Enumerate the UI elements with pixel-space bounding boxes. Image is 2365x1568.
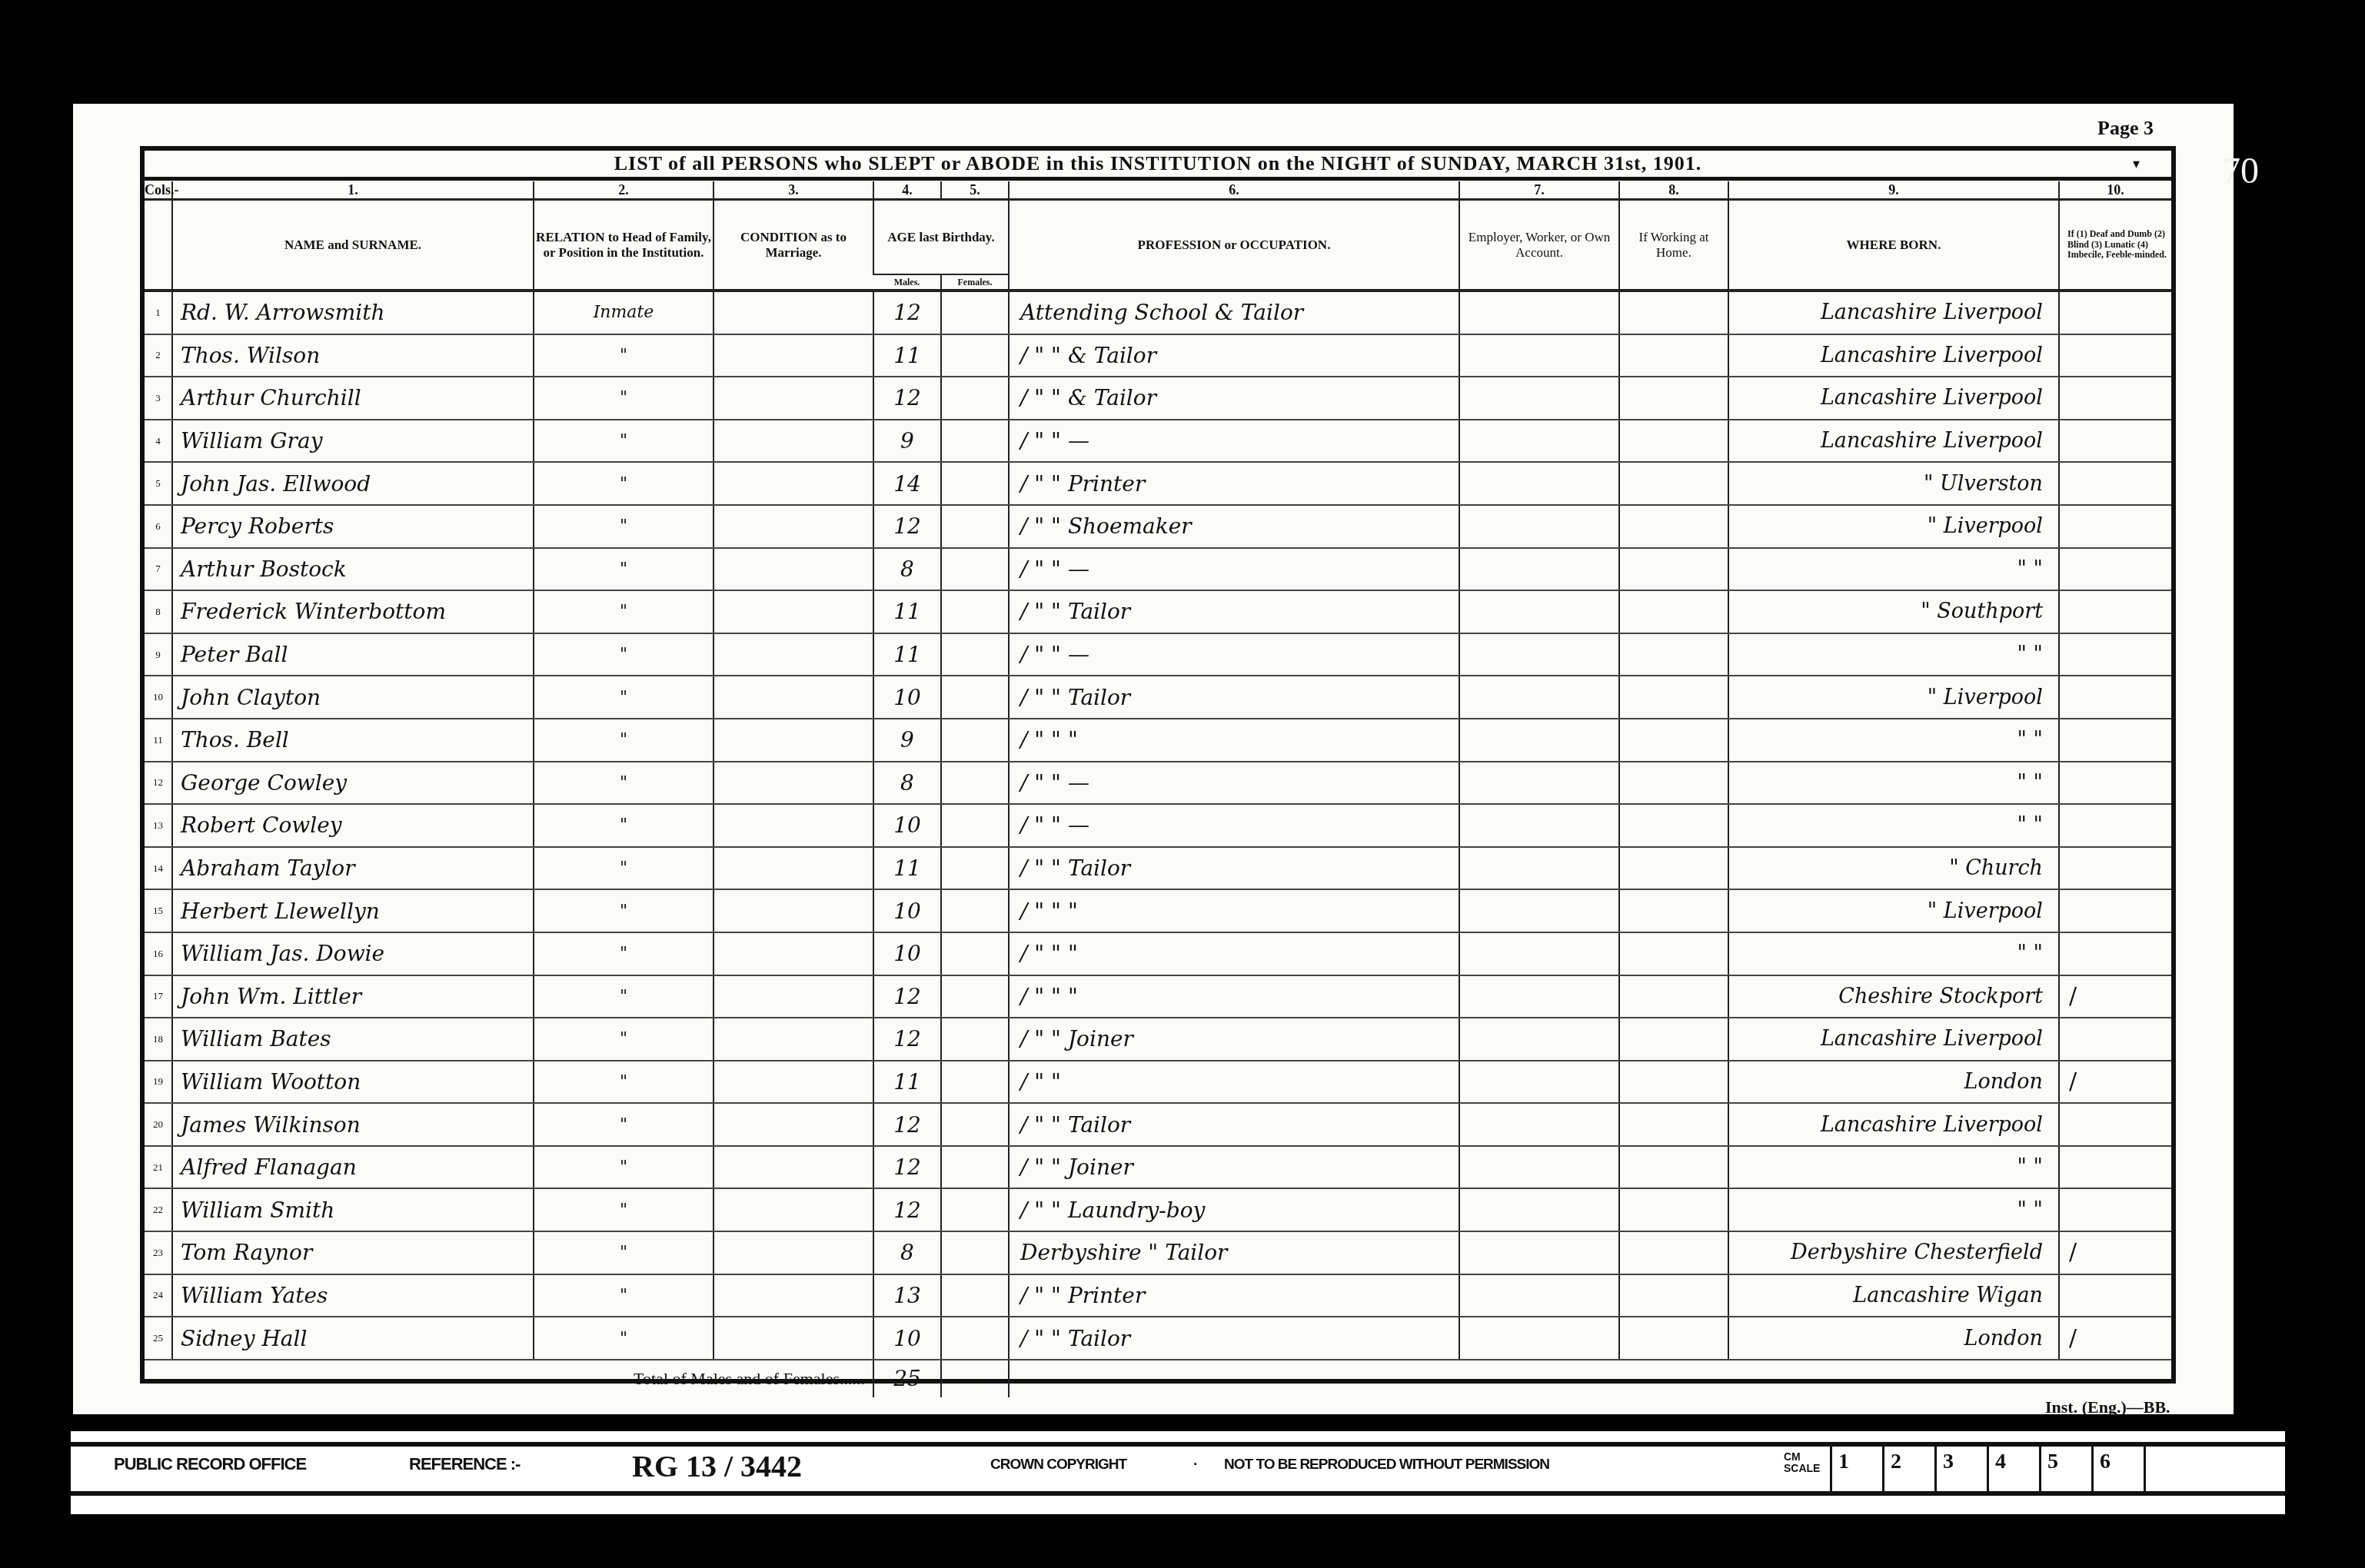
where-born: Lancashire Liverpool bbox=[1728, 377, 2059, 420]
occupation: / " " — bbox=[1009, 420, 1459, 463]
condition bbox=[713, 762, 873, 805]
scale-mark-7 bbox=[2144, 1447, 2196, 1491]
occupation: / " " Tailor bbox=[1009, 590, 1459, 633]
age-males: 10 bbox=[873, 804, 941, 847]
employer-status bbox=[1459, 462, 1619, 505]
working-at-home bbox=[1619, 932, 1728, 975]
colnum-5: 5. bbox=[941, 181, 1009, 200]
where-born: Lancashire Wigan bbox=[1728, 1274, 2059, 1317]
where-born: " " bbox=[1728, 932, 2059, 975]
where-born: Lancashire Liverpool bbox=[1728, 1018, 2059, 1061]
age-females bbox=[941, 889, 1009, 932]
employer-status bbox=[1459, 1103, 1619, 1146]
row-number: 14 bbox=[145, 847, 172, 890]
relation: " bbox=[534, 762, 713, 805]
where-born: " Ulverston bbox=[1728, 462, 2059, 505]
header-working-home: If Working at Home. bbox=[1619, 200, 1728, 291]
condition bbox=[713, 590, 873, 633]
infirmity-mark bbox=[2059, 676, 2171, 719]
row-number: 9 bbox=[145, 633, 172, 676]
where-born: Cheshire Stockport bbox=[1728, 975, 2059, 1018]
table-row: 13Robert Cowley"10/ " " —" " bbox=[145, 804, 2171, 847]
employer-status bbox=[1459, 1061, 1619, 1104]
occupation: / " " & Tailor bbox=[1009, 377, 1459, 420]
employer-status bbox=[1459, 847, 1619, 890]
table-row: 16William Jas. Dowie"10/ " " "" " bbox=[145, 932, 2171, 975]
age-females bbox=[941, 590, 1009, 633]
working-at-home bbox=[1619, 1061, 1728, 1104]
colnum-2: 2. bbox=[534, 181, 713, 200]
working-at-home bbox=[1619, 334, 1728, 377]
age-females bbox=[941, 676, 1009, 719]
age-females bbox=[941, 291, 1009, 334]
occupation: / " " Tailor bbox=[1009, 847, 1459, 890]
row-number: 20 bbox=[145, 1103, 172, 1146]
row-number: 21 bbox=[145, 1146, 172, 1189]
table-row: 17John Wm. Littler"12/ " " "Cheshire Sto… bbox=[145, 975, 2171, 1018]
working-at-home bbox=[1619, 590, 1728, 633]
total-males: 25 bbox=[873, 1360, 941, 1397]
age-males: 12 bbox=[873, 1146, 941, 1189]
totals-label: Total of Males and of Females...... bbox=[145, 1360, 873, 1397]
table-row: 14Abraham Taylor"11/ " " Tailor" Church bbox=[145, 847, 2171, 890]
age-males: 9 bbox=[873, 420, 941, 463]
age-females bbox=[941, 1146, 1009, 1189]
employer-status bbox=[1459, 762, 1619, 805]
age-males: 12 bbox=[873, 291, 941, 334]
where-born: London bbox=[1728, 1061, 2059, 1104]
relation: " bbox=[534, 1188, 713, 1231]
infirmity-mark bbox=[2059, 548, 2171, 591]
relation: " bbox=[534, 590, 713, 633]
infirmity-mark bbox=[2059, 1274, 2171, 1317]
scale-mark-5: 5 bbox=[2039, 1447, 2091, 1491]
condition bbox=[713, 1274, 873, 1317]
relation: " bbox=[534, 462, 713, 505]
age-females bbox=[941, 334, 1009, 377]
condition bbox=[713, 377, 873, 420]
working-at-home bbox=[1619, 676, 1728, 719]
working-at-home bbox=[1619, 291, 1728, 334]
relation: " bbox=[534, 676, 713, 719]
where-born: " " bbox=[1728, 804, 2059, 847]
occupation: / " " — bbox=[1009, 548, 1459, 591]
table-row: 18William Bates"12/ " " JoinerLancashire… bbox=[145, 1018, 2171, 1061]
age-males: 10 bbox=[873, 676, 941, 719]
footer-reference-label: REFERENCE :- bbox=[409, 1454, 520, 1474]
occupation: / " " & Tailor bbox=[1009, 334, 1459, 377]
employer-status bbox=[1459, 719, 1619, 762]
colnum-1: 1. bbox=[172, 181, 534, 200]
working-at-home bbox=[1619, 1103, 1728, 1146]
table-row: 15Herbert Llewellyn"10/ " " "" Liverpool bbox=[145, 889, 2171, 932]
age-males: 10 bbox=[873, 1317, 941, 1360]
age-males: 12 bbox=[873, 377, 941, 420]
age-males: 12 bbox=[873, 1018, 941, 1061]
row-number: 1 bbox=[145, 291, 172, 334]
row-number: 18 bbox=[145, 1018, 172, 1061]
condition bbox=[713, 1231, 873, 1274]
condition bbox=[713, 548, 873, 591]
row-number: 2 bbox=[145, 334, 172, 377]
condition bbox=[713, 334, 873, 377]
infirmity-mark bbox=[2059, 291, 2171, 334]
infirmity-mark bbox=[2059, 804, 2171, 847]
cm-scale: CM SCALE 1 2 3 4 5 6 bbox=[1784, 1447, 2196, 1491]
table-row: 12George Cowley"8/ " " —" " bbox=[145, 762, 2171, 805]
person-name: Arthur Bostock bbox=[172, 548, 534, 591]
row-number: 25 bbox=[145, 1317, 172, 1360]
person-name: Peter Ball bbox=[172, 633, 534, 676]
employer-status bbox=[1459, 1018, 1619, 1061]
where-born: Derbyshire Chesterfield bbox=[1728, 1231, 2059, 1274]
occupation: / " " Laundry-boy bbox=[1009, 1188, 1459, 1231]
row-number: 5 bbox=[145, 462, 172, 505]
age-females bbox=[941, 719, 1009, 762]
relation: " bbox=[534, 420, 713, 463]
scale-label: CM SCALE bbox=[1784, 1447, 1830, 1491]
relation: " bbox=[534, 334, 713, 377]
colnum-7: 7. bbox=[1459, 181, 1619, 200]
person-name: Rd. W. Arrowsmith bbox=[172, 291, 534, 334]
person-name: Alfred Flanagan bbox=[172, 1146, 534, 1189]
working-at-home bbox=[1619, 420, 1728, 463]
employer-status bbox=[1459, 804, 1619, 847]
infirmity-mark bbox=[2059, 1018, 2171, 1061]
employer-status bbox=[1459, 548, 1619, 591]
infirmity-mark bbox=[2059, 1103, 2171, 1146]
relation: " bbox=[534, 633, 713, 676]
relation: " bbox=[534, 719, 713, 762]
working-at-home bbox=[1619, 719, 1728, 762]
where-born: " " bbox=[1728, 719, 2059, 762]
working-at-home bbox=[1619, 762, 1728, 805]
condition bbox=[713, 1317, 873, 1360]
age-females bbox=[941, 975, 1009, 1018]
footer-copyright: CROWN COPYRIGHT bbox=[990, 1457, 1126, 1473]
age-females bbox=[941, 804, 1009, 847]
age-females bbox=[941, 1103, 1009, 1146]
row-number: 22 bbox=[145, 1188, 172, 1231]
relation: " bbox=[534, 1146, 713, 1189]
row-number: 24 bbox=[145, 1274, 172, 1317]
age-males: 12 bbox=[873, 1103, 941, 1146]
occupation: / " " " bbox=[1009, 932, 1459, 975]
table-row: 5John Jas. Ellwood"14/ " " Printer" Ulve… bbox=[145, 462, 2171, 505]
person-name: Sidney Hall bbox=[172, 1317, 534, 1360]
condition bbox=[713, 505, 873, 548]
relation: " bbox=[534, 804, 713, 847]
where-born: Lancashire Liverpool bbox=[1728, 420, 2059, 463]
relation: " bbox=[534, 1103, 713, 1146]
row-number: 10 bbox=[145, 676, 172, 719]
where-born: Lancashire Liverpool bbox=[1728, 334, 2059, 377]
occupation: / " " — bbox=[1009, 633, 1459, 676]
relation: " bbox=[534, 548, 713, 591]
infirmity-mark bbox=[2059, 334, 2171, 377]
relation: " bbox=[534, 377, 713, 420]
person-name: William Gray bbox=[172, 420, 534, 463]
infirmity-mark bbox=[2059, 377, 2171, 420]
scale-mark-2: 2 bbox=[1882, 1447, 1934, 1491]
age-females bbox=[941, 1231, 1009, 1274]
person-name: William Smith bbox=[172, 1188, 534, 1231]
where-born: " Church bbox=[1728, 847, 2059, 890]
infirmity-mark bbox=[2059, 590, 2171, 633]
working-at-home bbox=[1619, 975, 1728, 1018]
condition bbox=[713, 1018, 873, 1061]
relation: " bbox=[534, 1274, 713, 1317]
row-number: 17 bbox=[145, 975, 172, 1018]
occupation: / " " Joiner bbox=[1009, 1018, 1459, 1061]
person-name: John Clayton bbox=[172, 676, 534, 719]
working-at-home bbox=[1619, 377, 1728, 420]
where-born: Lancashire Liverpool bbox=[1728, 1103, 2059, 1146]
condition bbox=[713, 847, 873, 890]
working-at-home bbox=[1619, 548, 1728, 591]
title-text: LIST of all PERSONS who SLEPT or ABODE i… bbox=[614, 152, 1702, 174]
person-name: George Cowley bbox=[172, 762, 534, 805]
occupation: / " " " bbox=[1009, 889, 1459, 932]
table-row: 1Rd. W. ArrowsmithInmate12Attending Scho… bbox=[145, 291, 2171, 334]
row-number: 11 bbox=[145, 719, 172, 762]
condition bbox=[713, 291, 873, 334]
scale-mark-6: 6 bbox=[2091, 1447, 2144, 1491]
infirmity-mark: / bbox=[2059, 1317, 2171, 1360]
table-row: 6Percy Roberts"12/ " " Shoemaker" Liverp… bbox=[145, 505, 2171, 548]
age-males: 8 bbox=[873, 1231, 941, 1274]
row-number: 4 bbox=[145, 420, 172, 463]
working-at-home bbox=[1619, 1188, 1728, 1231]
relation: Inmate bbox=[534, 291, 713, 334]
condition bbox=[713, 975, 873, 1018]
occupation: / " " Tailor bbox=[1009, 1317, 1459, 1360]
occupation: Derbyshire " Tailor bbox=[1009, 1231, 1459, 1274]
condition bbox=[713, 1103, 873, 1146]
relation: " bbox=[534, 1061, 713, 1104]
working-at-home bbox=[1619, 1231, 1728, 1274]
colnum-6: 6. bbox=[1009, 181, 1459, 200]
occupation: / " " " bbox=[1009, 719, 1459, 762]
condition bbox=[713, 804, 873, 847]
where-born: " " bbox=[1728, 1146, 2059, 1189]
working-at-home bbox=[1619, 1274, 1728, 1317]
infirmity-mark bbox=[2059, 462, 2171, 505]
working-at-home bbox=[1619, 1317, 1728, 1360]
colnum-4: 4. bbox=[873, 181, 941, 200]
condition bbox=[713, 889, 873, 932]
infirmity-mark bbox=[2059, 762, 2171, 805]
person-name: William Jas. Dowie bbox=[172, 932, 534, 975]
age-males: 9 bbox=[873, 719, 941, 762]
row-number: 15 bbox=[145, 889, 172, 932]
marker-icon: ▾ bbox=[2133, 151, 2140, 177]
infirmity-mark bbox=[2059, 889, 2171, 932]
infirmity-mark bbox=[2059, 932, 2171, 975]
age-females bbox=[941, 548, 1009, 591]
where-born: " Southport bbox=[1728, 590, 2059, 633]
relation: " bbox=[534, 975, 713, 1018]
where-born: " Liverpool bbox=[1728, 889, 2059, 932]
person-name: Robert Cowley bbox=[172, 804, 534, 847]
table-row: 2Thos. Wilson"11/ " " & TailorLancashire… bbox=[145, 334, 2171, 377]
where-born: " " bbox=[1728, 1188, 2059, 1231]
age-males: 12 bbox=[873, 505, 941, 548]
age-females bbox=[941, 462, 1009, 505]
employer-status bbox=[1459, 1274, 1619, 1317]
age-males: 11 bbox=[873, 334, 941, 377]
condition bbox=[713, 1061, 873, 1104]
infirmity-mark bbox=[2059, 719, 2171, 762]
working-at-home bbox=[1619, 847, 1728, 890]
age-males: 10 bbox=[873, 889, 941, 932]
table-row: 21Alfred Flanagan"12/ " " Joiner" " bbox=[145, 1146, 2171, 1189]
header-females: Females. bbox=[941, 274, 1009, 291]
infirmity-mark bbox=[2059, 633, 2171, 676]
header-males: Males. bbox=[873, 274, 941, 291]
page-label: Page 3 bbox=[2097, 117, 2154, 140]
occupation: / " " Tailor bbox=[1009, 676, 1459, 719]
infirmity-mark: / bbox=[2059, 1061, 2171, 1104]
person-name: Abraham Taylor bbox=[172, 847, 534, 890]
employer-status bbox=[1459, 1231, 1619, 1274]
person-name: William Yates bbox=[172, 1274, 534, 1317]
infirmity-mark: / bbox=[2059, 1231, 2171, 1274]
age-females bbox=[941, 420, 1009, 463]
where-born: " " bbox=[1728, 633, 2059, 676]
relation: " bbox=[534, 1317, 713, 1360]
row-number: 12 bbox=[145, 762, 172, 805]
document-title: LIST of all PERSONS who SLEPT or ABODE i… bbox=[145, 151, 2171, 181]
person-name: Herbert Llewellyn bbox=[172, 889, 534, 932]
relation: " bbox=[534, 1231, 713, 1274]
employer-status bbox=[1459, 932, 1619, 975]
age-males: 8 bbox=[873, 762, 941, 805]
condition bbox=[713, 420, 873, 463]
working-at-home bbox=[1619, 804, 1728, 847]
occupation: / " " Shoemaker bbox=[1009, 505, 1459, 548]
employer-status bbox=[1459, 633, 1619, 676]
footer-notice: NOT TO BE REPRODUCED WITHOUT PERMISSION bbox=[1224, 1457, 1549, 1473]
condition bbox=[713, 719, 873, 762]
condition bbox=[713, 676, 873, 719]
working-at-home bbox=[1619, 505, 1728, 548]
employer-status bbox=[1459, 676, 1619, 719]
occupation: / " " Tailor bbox=[1009, 1103, 1459, 1146]
employer-status bbox=[1459, 505, 1619, 548]
age-females bbox=[941, 1018, 1009, 1061]
folio-number: 70 bbox=[2222, 150, 2259, 192]
colnum-10: 10. bbox=[2059, 181, 2171, 200]
employer-status bbox=[1459, 420, 1619, 463]
age-males: 11 bbox=[873, 1061, 941, 1104]
age-females bbox=[941, 1274, 1009, 1317]
age-females bbox=[941, 1317, 1009, 1360]
where-born: " Liverpool bbox=[1728, 676, 2059, 719]
relation: " bbox=[534, 505, 713, 548]
condition bbox=[713, 1146, 873, 1189]
table-row: 20James Wilkinson"12/ " " TailorLancashi… bbox=[145, 1103, 2171, 1146]
infirmity-mark bbox=[2059, 1188, 2171, 1231]
occupation: / " " " bbox=[1009, 975, 1459, 1018]
person-name: William Bates bbox=[172, 1018, 534, 1061]
table-row: 10John Clayton"10/ " " Tailor" Liverpool bbox=[145, 676, 2171, 719]
working-at-home bbox=[1619, 1018, 1728, 1061]
age-males: 12 bbox=[873, 1188, 941, 1231]
table-row: 8Frederick Winterbottom"11/ " " Tailor" … bbox=[145, 590, 2171, 633]
employer-status bbox=[1459, 1146, 1619, 1189]
person-name: Tom Raynor bbox=[172, 1231, 534, 1274]
age-males: 11 bbox=[873, 847, 941, 890]
age-males: 11 bbox=[873, 633, 941, 676]
infirmity-mark bbox=[2059, 420, 2171, 463]
row-number: 3 bbox=[145, 377, 172, 420]
condition bbox=[713, 462, 873, 505]
where-born: London bbox=[1728, 1317, 2059, 1360]
table-row: 23Tom Raynor"8Derbyshire " TailorDerbysh… bbox=[145, 1231, 2171, 1274]
infirmity-mark bbox=[2059, 1146, 2171, 1189]
header-infirmity: If (1) Deaf and Dumb (2) Blind (3) Lunat… bbox=[2059, 200, 2171, 291]
age-females bbox=[941, 633, 1009, 676]
relation: " bbox=[534, 847, 713, 890]
age-females bbox=[941, 847, 1009, 890]
row-number: 7 bbox=[145, 548, 172, 591]
occupation: Attending School & Tailor bbox=[1009, 291, 1459, 334]
employer-status bbox=[1459, 889, 1619, 932]
relation: " bbox=[534, 1018, 713, 1061]
person-name: Percy Roberts bbox=[172, 505, 534, 548]
age-males: 12 bbox=[873, 975, 941, 1018]
person-name: John Jas. Ellwood bbox=[172, 462, 534, 505]
relation: " bbox=[534, 932, 713, 975]
employer-status bbox=[1459, 1317, 1619, 1360]
header-employer: Employer, Worker, or Own Account. bbox=[1459, 200, 1619, 291]
row-number: 16 bbox=[145, 932, 172, 975]
age-females bbox=[941, 762, 1009, 805]
infirmity-mark bbox=[2059, 505, 2171, 548]
working-at-home bbox=[1619, 889, 1728, 932]
occupation: / " " bbox=[1009, 1061, 1459, 1104]
census-table: Cols.- 1. 2. 3. 4. 5. 6. 7. 8. 9. 10. NA… bbox=[145, 181, 2171, 1397]
row-number: 6 bbox=[145, 505, 172, 548]
person-name: John Wm. Littler bbox=[172, 975, 534, 1018]
scale-mark-4: 4 bbox=[1987, 1447, 2039, 1491]
header-age: AGE last Birthday. bbox=[873, 200, 1009, 275]
header-occupation: PROFESSION or OCCUPATION. bbox=[1009, 200, 1459, 291]
age-males: 8 bbox=[873, 548, 941, 591]
age-females bbox=[941, 1061, 1009, 1104]
employer-status bbox=[1459, 1188, 1619, 1231]
totals-blank bbox=[1009, 1360, 2171, 1397]
footer-office: PUBLIC RECORD OFFICE bbox=[114, 1454, 306, 1474]
infirmity-mark: / bbox=[2059, 975, 2171, 1018]
archive-footer: PUBLIC RECORD OFFICE REFERENCE :- RG 13 … bbox=[71, 1431, 2285, 1514]
header-where-born: WHERE BORN. bbox=[1728, 200, 2059, 291]
employer-status bbox=[1459, 975, 1619, 1018]
where-born: " " bbox=[1728, 548, 2059, 591]
footer-reference: RG 13 / 3442 bbox=[632, 1448, 802, 1484]
employer-status bbox=[1459, 590, 1619, 633]
cols-label: Cols.- bbox=[145, 181, 172, 200]
age-males: 10 bbox=[873, 932, 941, 975]
occupation: / " " Joiner bbox=[1009, 1146, 1459, 1189]
person-name: James Wilkinson bbox=[172, 1103, 534, 1146]
row-number: 19 bbox=[145, 1061, 172, 1104]
header-condition: CONDITION as to Marriage. bbox=[713, 200, 873, 291]
table-row: 9Peter Ball"11/ " " —" " bbox=[145, 633, 2171, 676]
age-males: 13 bbox=[873, 1274, 941, 1317]
table-row: 25Sidney Hall"10/ " " TailorLondon/ bbox=[145, 1317, 2171, 1360]
